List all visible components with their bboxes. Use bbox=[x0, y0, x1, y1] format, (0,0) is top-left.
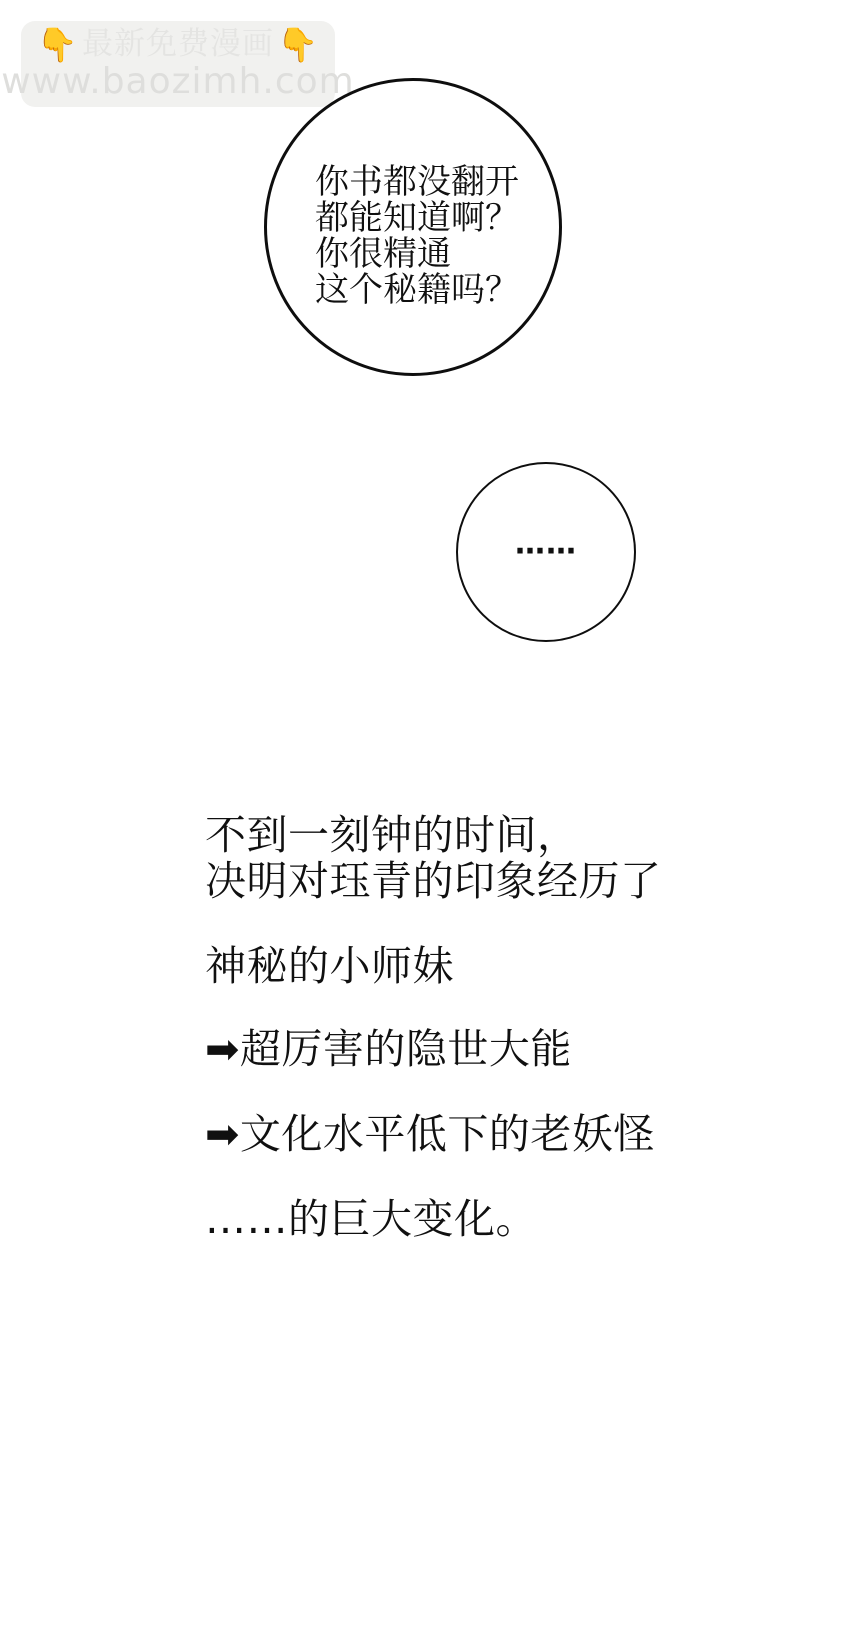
speech-line: 都能知道啊？ bbox=[315, 200, 519, 236]
narration-line: ➡超厉害的隐世大能 bbox=[205, 1026, 572, 1072]
speech-bubble-silence: …… bbox=[456, 462, 636, 642]
comic-page: 👇 最新免费漫画 👇 www.baozimh.com 你书都没翻开 都能知道啊？… bbox=[0, 0, 850, 1646]
watermark-badge: 👇 最新免费漫画 👇 www.baozimh.com bbox=[21, 21, 335, 107]
narration-line: 决明对珏青的印象经历了 bbox=[205, 858, 662, 904]
narration-line: ……的巨大变化。 bbox=[205, 1196, 537, 1242]
narration-line: 神秘的小师妹 bbox=[205, 943, 454, 989]
watermark-url: www.baozimh.com bbox=[1, 63, 355, 101]
speech-bubble-text: 你书都没翻开 都能知道啊？ 你很精通 这个秘籍吗？ bbox=[315, 164, 519, 308]
narration-line: ➡文化水平低下的老妖怪 bbox=[205, 1111, 655, 1157]
narration-line: 不到一刻钟的时间， bbox=[205, 812, 579, 858]
watermark-title: 最新免费漫画 bbox=[82, 28, 274, 61]
speech-line: 这个秘籍吗？ bbox=[315, 272, 519, 308]
speech-line: 你很精通 bbox=[315, 236, 519, 272]
pointing-down-icon: 👇 bbox=[277, 28, 319, 61]
watermark-title-row: 👇 最新免费漫画 👇 bbox=[37, 28, 319, 61]
speech-bubble-question: 你书都没翻开 都能知道啊？ 你很精通 这个秘籍吗？ bbox=[264, 78, 562, 376]
speech-line: 你书都没翻开 bbox=[315, 164, 519, 200]
ellipsis-text: …… bbox=[515, 526, 577, 561]
pointing-down-icon: 👇 bbox=[37, 28, 79, 61]
